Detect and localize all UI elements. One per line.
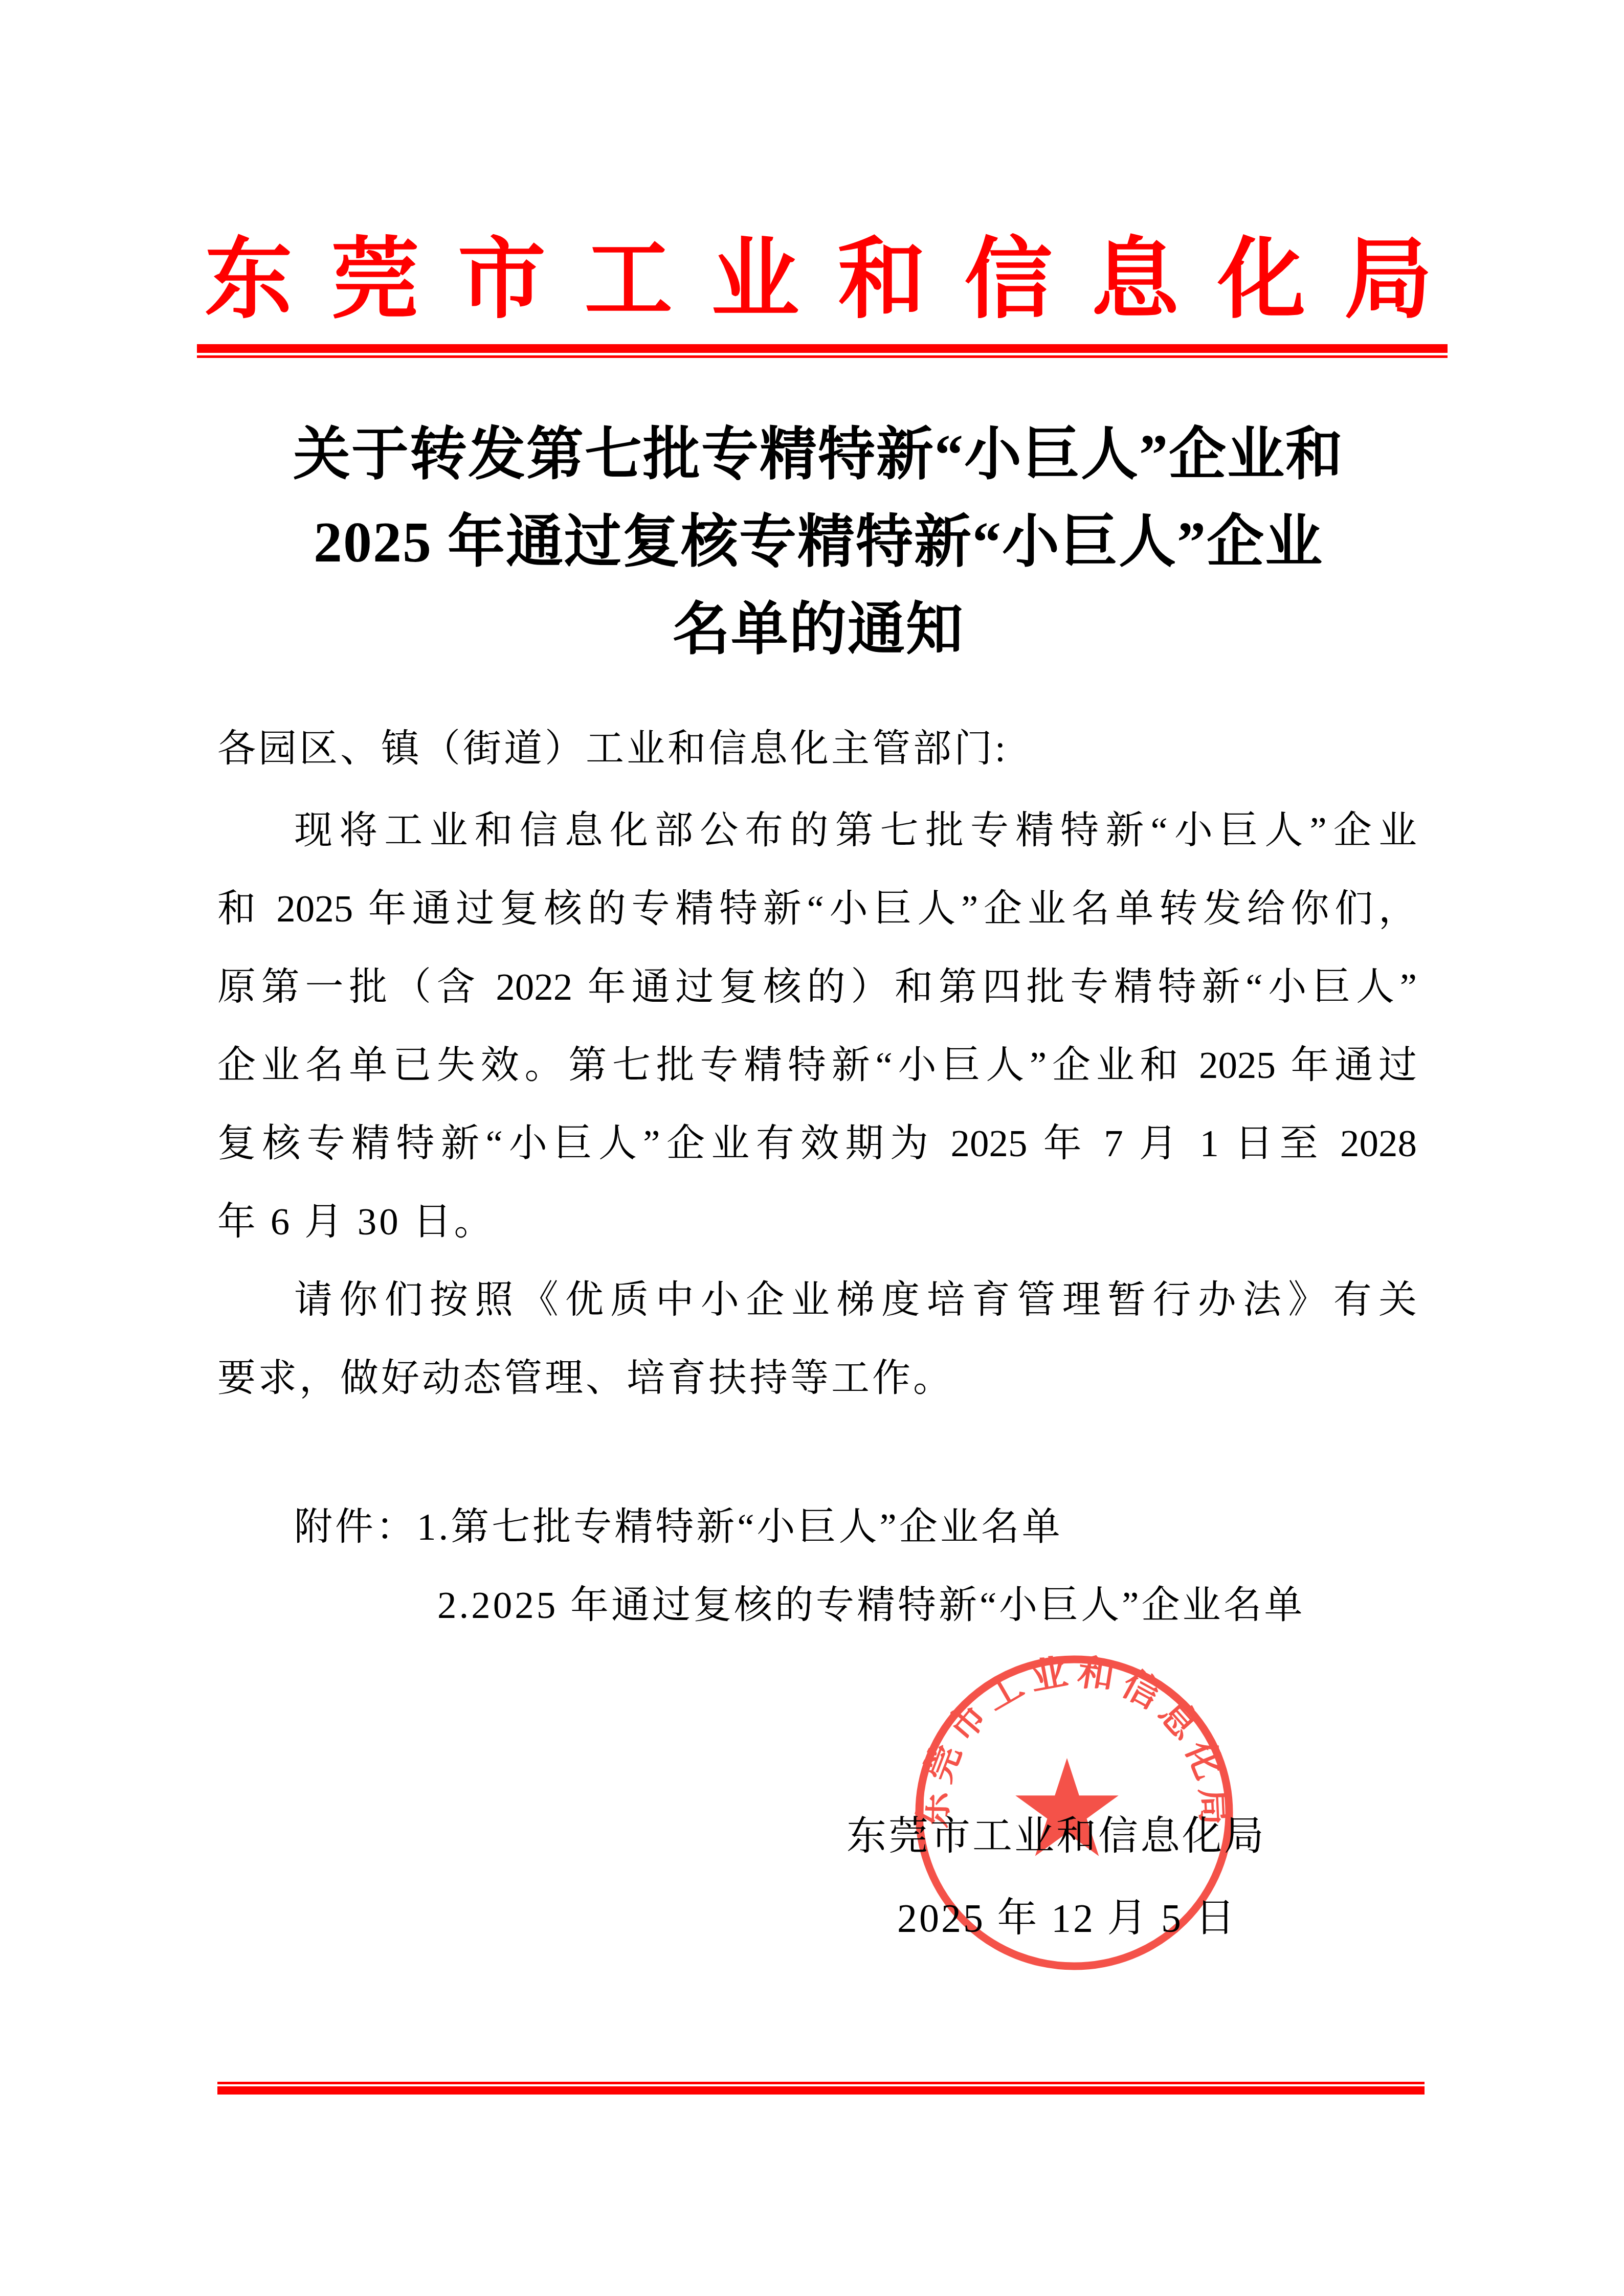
body-line: 年 6 月 30 日。	[217, 1198, 1417, 1246]
footer-rule-thin	[217, 2082, 1425, 2084]
letterhead-agency-name: 东莞市工业和信息化局	[205, 234, 1432, 336]
letterhead-rule-thin	[197, 355, 1448, 358]
body-line: 和 2025 年通过复核的专精特新“小巨人”企业名单转发给你们，	[217, 885, 1417, 933]
body-line: 请你们按照《优质中小企业梯度培育管理暂行办法》有关	[217, 1276, 1417, 1324]
document-title: 关于转发第七批专精特新“小巨人”企业和 2025 年通过复核专精特新“小巨人”企…	[199, 412, 1437, 674]
official-seal: 东莞市工业和信息化局	[900, 1639, 1248, 1987]
document-title-line-2: 2025 年通过复核专精特新“小巨人”企业	[199, 499, 1437, 587]
seal-star-icon	[1015, 1758, 1119, 1856]
document-title-line-1: 关于转发第七批专精特新“小巨人”企业和	[199, 412, 1437, 499]
footer-rule-thick	[217, 2086, 1425, 2095]
body-line: 原第一批（含 2022 年通过复核的）和第四批专精特新“小巨人”	[217, 963, 1417, 1011]
attachment-item-1: 附件：1.第七批专精特新“小巨人”企业名单	[217, 1503, 1417, 1551]
body-line: 要求，做好动态管理、培育扶持等工作。	[217, 1355, 1417, 1403]
body-line: 企业名单已失效。第七批专精特新“小巨人”企业和 2025 年通过	[217, 1042, 1417, 1090]
official-notice-page: { "colors": { "header_red": "#ff0000", "…	[0, 0, 1624, 2296]
body-line: 现将工业和信息化部公布的第七批专精特新“小巨人”企业	[217, 807, 1417, 855]
attachment-item-2: 2.2025 年通过复核的专精特新“小巨人”企业名单	[217, 1582, 1417, 1630]
salutation: 各园区、镇（街道）工业和信息化主管部门:	[217, 725, 1417, 773]
letterhead-rule-thick	[197, 344, 1448, 353]
document-title-line-3: 名单的通知	[199, 587, 1437, 674]
body-line: 复核专精特新“小巨人”企业有效期为 2025 年 7 月 1 日至 2028	[217, 1120, 1417, 1168]
